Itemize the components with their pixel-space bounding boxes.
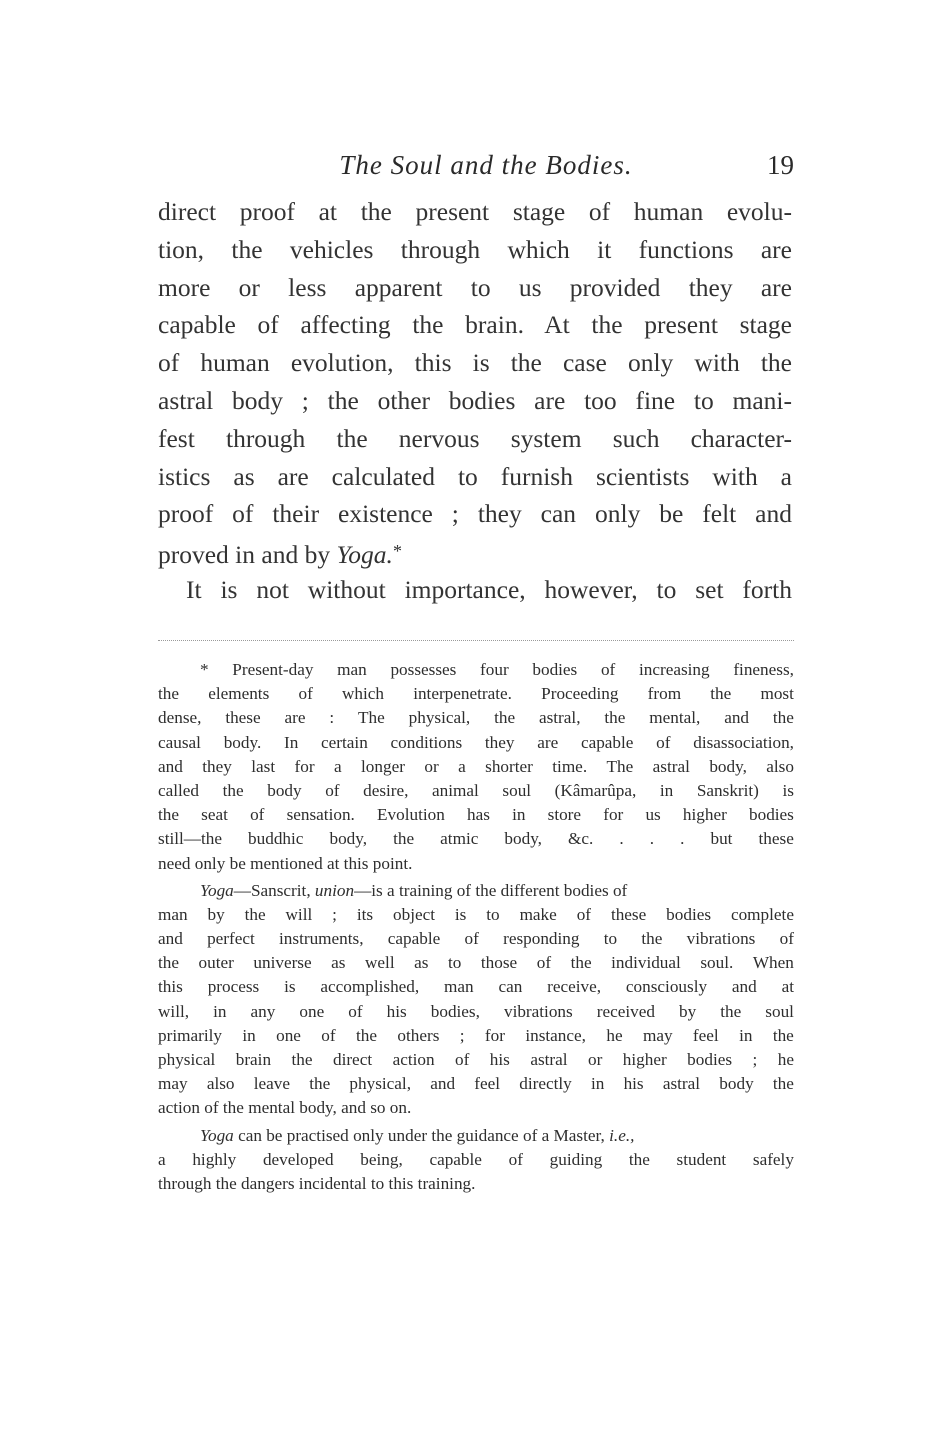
word: which: [342, 682, 384, 706]
footnote-yoga-definition: Yoga—Sanscrit, union—is a training of th…: [158, 879, 794, 1121]
body-line: more or less apparent to us provided the…: [158, 269, 792, 307]
word: the: [158, 682, 179, 706]
word: a: [458, 755, 466, 779]
footnote-line: thisprocessisaccomplished,mancanreceive,…: [158, 975, 794, 999]
word: higher: [623, 1048, 667, 1072]
word: the: [223, 779, 244, 803]
word: and: [430, 1072, 455, 1096]
word: vibrations: [504, 1000, 573, 1024]
word: in: [213, 1000, 226, 1024]
word: one: [276, 1024, 301, 1048]
word: or: [424, 755, 438, 779]
word: responding: [503, 927, 579, 951]
word: the: [604, 706, 625, 730]
word: leave: [254, 1072, 290, 1096]
word: his: [387, 1000, 407, 1024]
body-line: astral body ; the other bodies are too f…: [158, 382, 792, 420]
footnote-text: —is a training of the different bodies o…: [354, 881, 627, 900]
word: physical,: [349, 1072, 411, 1096]
word: astral: [663, 1072, 700, 1096]
word: the: [158, 951, 179, 975]
word: others: [397, 1024, 439, 1048]
word: seat: [201, 803, 228, 827]
word: are: [537, 731, 558, 755]
word: man: [158, 903, 188, 927]
word: longer: [361, 755, 405, 779]
word: shorter: [485, 755, 533, 779]
word: accomplished,: [320, 975, 419, 999]
word: of: [250, 803, 264, 827]
word: of: [537, 951, 551, 975]
word: has: [467, 803, 490, 827]
footnote-line: dense,theseare:Thephysical,theastral,the…: [158, 706, 794, 730]
word: man: [444, 975, 474, 999]
body-line-new-paragraph: It is not without importance, however, t…: [158, 571, 792, 609]
word: these: [759, 827, 794, 851]
word: at: [782, 975, 794, 999]
word: perfect: [207, 927, 255, 951]
word: desire,: [363, 779, 408, 803]
word: astral,: [539, 706, 581, 730]
word: of: [577, 903, 591, 927]
word: outer: [199, 951, 234, 975]
footnote-text: —Sanscrit,: [234, 881, 311, 900]
footnote-line: *Present-daymanpossessesfourbodiesofincr…: [158, 658, 794, 682]
word: feel: [693, 1024, 719, 1048]
word: body: [267, 779, 301, 803]
footnote-line: still—thebuddhicbody,theatmicbody,&c....…: [158, 827, 794, 851]
word: the: [773, 706, 794, 730]
word: these: [611, 903, 646, 927]
body-paragraph: direct proof at the present stage of hum…: [158, 193, 792, 609]
word: is: [284, 975, 295, 999]
word: mental,: [649, 706, 700, 730]
ie-abbrev: i.e.,: [609, 1126, 634, 1145]
word: fineness,: [733, 658, 794, 682]
union-term: union: [315, 881, 354, 900]
word: the: [245, 903, 266, 927]
yoga-term: Yoga: [200, 881, 234, 900]
word: physical,: [409, 706, 471, 730]
footnote-line: andperfectinstruments,capableofrespondin…: [158, 927, 794, 951]
word: in: [591, 1072, 604, 1096]
word: the: [720, 1000, 741, 1024]
footnote-line: will,inanyoneofhisbodies,vibrationsrecei…: [158, 1000, 794, 1024]
running-title: The Soul and the Bodies.: [158, 150, 794, 181]
word: When: [753, 951, 794, 975]
word: bodies,: [431, 1000, 480, 1024]
body-text-fragment: proved in and by: [158, 540, 330, 569]
word: his: [490, 1048, 510, 1072]
word: certain: [321, 731, 368, 755]
word: elements: [208, 682, 269, 706]
word: bodies: [532, 658, 577, 682]
word: those: [481, 951, 517, 975]
footnote-text: can be practised only under the guidance…: [238, 1126, 605, 1145]
word: of: [601, 658, 615, 682]
word: astral: [530, 1048, 567, 1072]
footnote-separator: [158, 640, 794, 641]
word: .: [680, 827, 684, 851]
word: dense,: [158, 706, 201, 730]
word: or: [588, 1048, 602, 1072]
word: The: [607, 755, 634, 779]
word: are: [285, 706, 306, 730]
word: the: [393, 827, 414, 851]
word: body.: [224, 731, 262, 755]
word: ;: [332, 903, 337, 927]
word: make: [520, 903, 557, 927]
footnote-line: manbythewill;itsobjectistomakeofthesebod…: [158, 903, 794, 927]
word: safely: [753, 1148, 794, 1172]
word: developed: [263, 1148, 334, 1172]
word: consciously: [626, 975, 707, 999]
word: capable: [429, 1148, 481, 1172]
word: .: [650, 827, 654, 851]
footnote-line: mayalsoleavethephysical,andfeeldirectlyi…: [158, 1072, 794, 1096]
word: Present-day: [232, 658, 313, 682]
word: higher: [683, 803, 727, 827]
word: the: [309, 1072, 330, 1096]
word: body,: [329, 827, 367, 851]
word: a: [334, 755, 342, 779]
word: feel: [474, 1072, 500, 1096]
word: being,: [360, 1148, 402, 1172]
word: by: [208, 903, 225, 927]
word: any: [251, 1000, 276, 1024]
yoga-term: Yoga: [200, 1126, 234, 1145]
word: The: [358, 706, 385, 730]
word: and: [158, 927, 183, 951]
word: astral: [653, 755, 690, 779]
word: action: [393, 1048, 435, 1072]
body-line: tion, the vehicles through which it func…: [158, 231, 792, 269]
word: one: [299, 1000, 324, 1024]
word: of: [780, 927, 794, 951]
word: of: [298, 682, 312, 706]
word: and: [158, 755, 183, 779]
word: disassociation,: [693, 731, 794, 755]
word: capable: [388, 927, 440, 951]
word: of: [656, 731, 670, 755]
word: four: [480, 658, 509, 682]
word: store: [548, 803, 581, 827]
word: soul: [502, 779, 531, 803]
word: of: [509, 1148, 523, 1172]
word: bodies: [687, 1048, 732, 1072]
word: to: [486, 903, 499, 927]
word: the: [773, 1072, 794, 1096]
body-line: istics as are calculated to furnish scie…: [158, 458, 792, 496]
footnote-master-guidance: Yoga can be practised only under the gui…: [158, 1124, 794, 1197]
word: soul.: [700, 951, 733, 975]
footnote-1: *Present-daymanpossessesfourbodiesofincr…: [158, 658, 794, 876]
footnote-line: physicalbrainthedirectactionofhisastralo…: [158, 1048, 794, 1072]
word: bodies: [666, 903, 711, 927]
word: still—the: [158, 827, 222, 851]
word: complete: [731, 903, 794, 927]
word: for: [603, 803, 623, 827]
word: (Kâmarûpa,: [555, 779, 637, 803]
word: of: [455, 1048, 469, 1072]
word: the: [292, 1048, 313, 1072]
word: of: [348, 1000, 362, 1024]
word: atmic: [440, 827, 478, 851]
word: most: [760, 682, 793, 706]
book-page: The Soul and the Bodies. 19 direct proof…: [0, 0, 940, 1439]
word: us: [645, 803, 660, 827]
footnote-line: Yoga can be practised only under the gui…: [158, 1124, 794, 1148]
word: may: [158, 1072, 188, 1096]
word: the: [710, 682, 731, 706]
footnote-text: action of the mental body, and so on.: [158, 1096, 411, 1120]
word: will: [286, 903, 313, 927]
word: physical: [158, 1048, 215, 1072]
word: soul: [765, 1000, 794, 1024]
word: object: [393, 903, 435, 927]
word: brain: [236, 1048, 271, 1072]
word: Sanskrit): [697, 779, 759, 803]
word: to: [448, 951, 461, 975]
footnote-line: theseatofsensation.Evolutionhasinstorefo…: [158, 803, 794, 827]
body-line: proved in and by Yoga.*: [158, 533, 792, 571]
word: they: [485, 731, 515, 755]
word: of: [465, 927, 479, 951]
word: the: [158, 803, 179, 827]
word: last: [251, 755, 275, 779]
footnote-line: need only be mentioned at this point.: [158, 852, 794, 876]
word: from: [648, 682, 681, 706]
word: is: [783, 779, 794, 803]
word: conditions: [391, 731, 463, 755]
word: directly: [519, 1072, 572, 1096]
word: Proceeding: [541, 682, 618, 706]
footnote-line: primarilyinoneoftheothers;forinstance,he…: [158, 1024, 794, 1048]
word: universe: [253, 951, 311, 975]
word: causal: [158, 731, 201, 755]
footnote-line: theelementsofwhichinterpenetrate.Proceed…: [158, 682, 794, 706]
word: :: [329, 706, 334, 730]
word: process: [208, 975, 260, 999]
body-line: proof of their existence ; they can only…: [158, 495, 792, 533]
word: bodies: [749, 803, 794, 827]
word: body,: [709, 755, 747, 779]
word: body,: [504, 827, 542, 851]
word: &c.: [568, 827, 593, 851]
word: these: [225, 706, 260, 730]
word: .: [619, 827, 623, 851]
word: to: [604, 927, 617, 951]
word: individual: [611, 951, 681, 975]
word: student: [677, 1148, 727, 1172]
word: time.: [552, 755, 587, 779]
word: body: [719, 1072, 753, 1096]
word: vibrations: [687, 927, 756, 951]
footnote-line: theouteruniverseaswellastothoseoftheindi…: [158, 951, 794, 975]
word: well: [365, 951, 395, 975]
word: capable: [581, 731, 633, 755]
body-line: of human evolution, this is the case onl…: [158, 344, 792, 382]
word: for: [295, 755, 315, 779]
word: in: [739, 1024, 752, 1048]
word: received: [597, 1000, 655, 1024]
word: the: [773, 1024, 794, 1048]
word: its: [357, 903, 373, 927]
word: buddhic: [248, 827, 303, 851]
word: they: [202, 755, 232, 779]
word: the: [494, 706, 515, 730]
word: the: [641, 927, 662, 951]
yoga-term: Yoga.: [336, 540, 392, 569]
footnotes: *Present-daymanpossessesfourbodiesofincr…: [158, 658, 794, 1198]
word: also: [766, 755, 794, 779]
word: of: [325, 779, 339, 803]
word: by: [679, 1000, 696, 1024]
word: ;: [460, 1024, 465, 1048]
body-line: direct proof at the present stage of hum…: [158, 193, 792, 231]
word: can: [498, 975, 522, 999]
word: instruments,: [279, 927, 364, 951]
word: direct: [333, 1048, 372, 1072]
word: a: [158, 1148, 166, 1172]
word: for: [485, 1024, 505, 1048]
word: he: [606, 1024, 622, 1048]
word: increasing: [639, 658, 710, 682]
word: called: [158, 779, 199, 803]
footnote-line: Yoga—Sanscrit, union—is a training of th…: [158, 879, 794, 903]
word: his: [624, 1072, 644, 1096]
word: primarily: [158, 1024, 222, 1048]
word: this: [158, 975, 183, 999]
word: Evolution: [377, 803, 445, 827]
word: sensation.: [287, 803, 355, 827]
word: receive,: [547, 975, 601, 999]
word: the: [571, 951, 592, 975]
word: of: [321, 1024, 335, 1048]
word: man: [337, 658, 367, 682]
word: instance,: [525, 1024, 586, 1048]
word: may: [643, 1024, 673, 1048]
word: *: [200, 658, 209, 682]
word: as: [331, 951, 345, 975]
word: animal: [432, 779, 479, 803]
word: he: [778, 1048, 794, 1072]
word: the: [356, 1024, 377, 1048]
footnote-line: causalbody.Incertainconditionstheyarecap…: [158, 731, 794, 755]
footnote-line: ahighlydevelopedbeing,capableofguidingth…: [158, 1148, 794, 1172]
word: in: [660, 779, 673, 803]
footnote-text: through the dangers incidental to this t…: [158, 1172, 475, 1196]
page-number: 19: [767, 150, 794, 181]
word: guiding: [550, 1148, 603, 1172]
body-line: capable of affecting the brain. At the p…: [158, 306, 792, 344]
word: as: [414, 951, 428, 975]
running-head: The Soul and the Bodies. 19: [158, 150, 794, 190]
footnote-line: andtheylastforalongerorashortertime.Thea…: [158, 755, 794, 779]
footnote-line: action of the mental body, and so on.: [158, 1096, 794, 1120]
word: ;: [752, 1048, 757, 1072]
word: in: [242, 1024, 255, 1048]
word: the: [629, 1148, 650, 1172]
word: highly: [192, 1148, 236, 1172]
word: possesses: [390, 658, 456, 682]
word: interpenetrate.: [413, 682, 512, 706]
word: and: [732, 975, 757, 999]
word: but: [710, 827, 732, 851]
body-line: fest through the nervous system such cha…: [158, 420, 792, 458]
word: In: [284, 731, 298, 755]
footnote-marker: *: [393, 541, 402, 561]
word: and: [724, 706, 749, 730]
word: also: [207, 1072, 235, 1096]
footnote-line: through the dangers incidental to this t…: [158, 1172, 794, 1196]
word: will,: [158, 1000, 189, 1024]
footnote-line: calledthebodyofdesire,animalsoul(Kâmarûp…: [158, 779, 794, 803]
footnote-text: need only be mentioned at this point.: [158, 852, 412, 876]
word: is: [455, 903, 466, 927]
word: in: [512, 803, 525, 827]
